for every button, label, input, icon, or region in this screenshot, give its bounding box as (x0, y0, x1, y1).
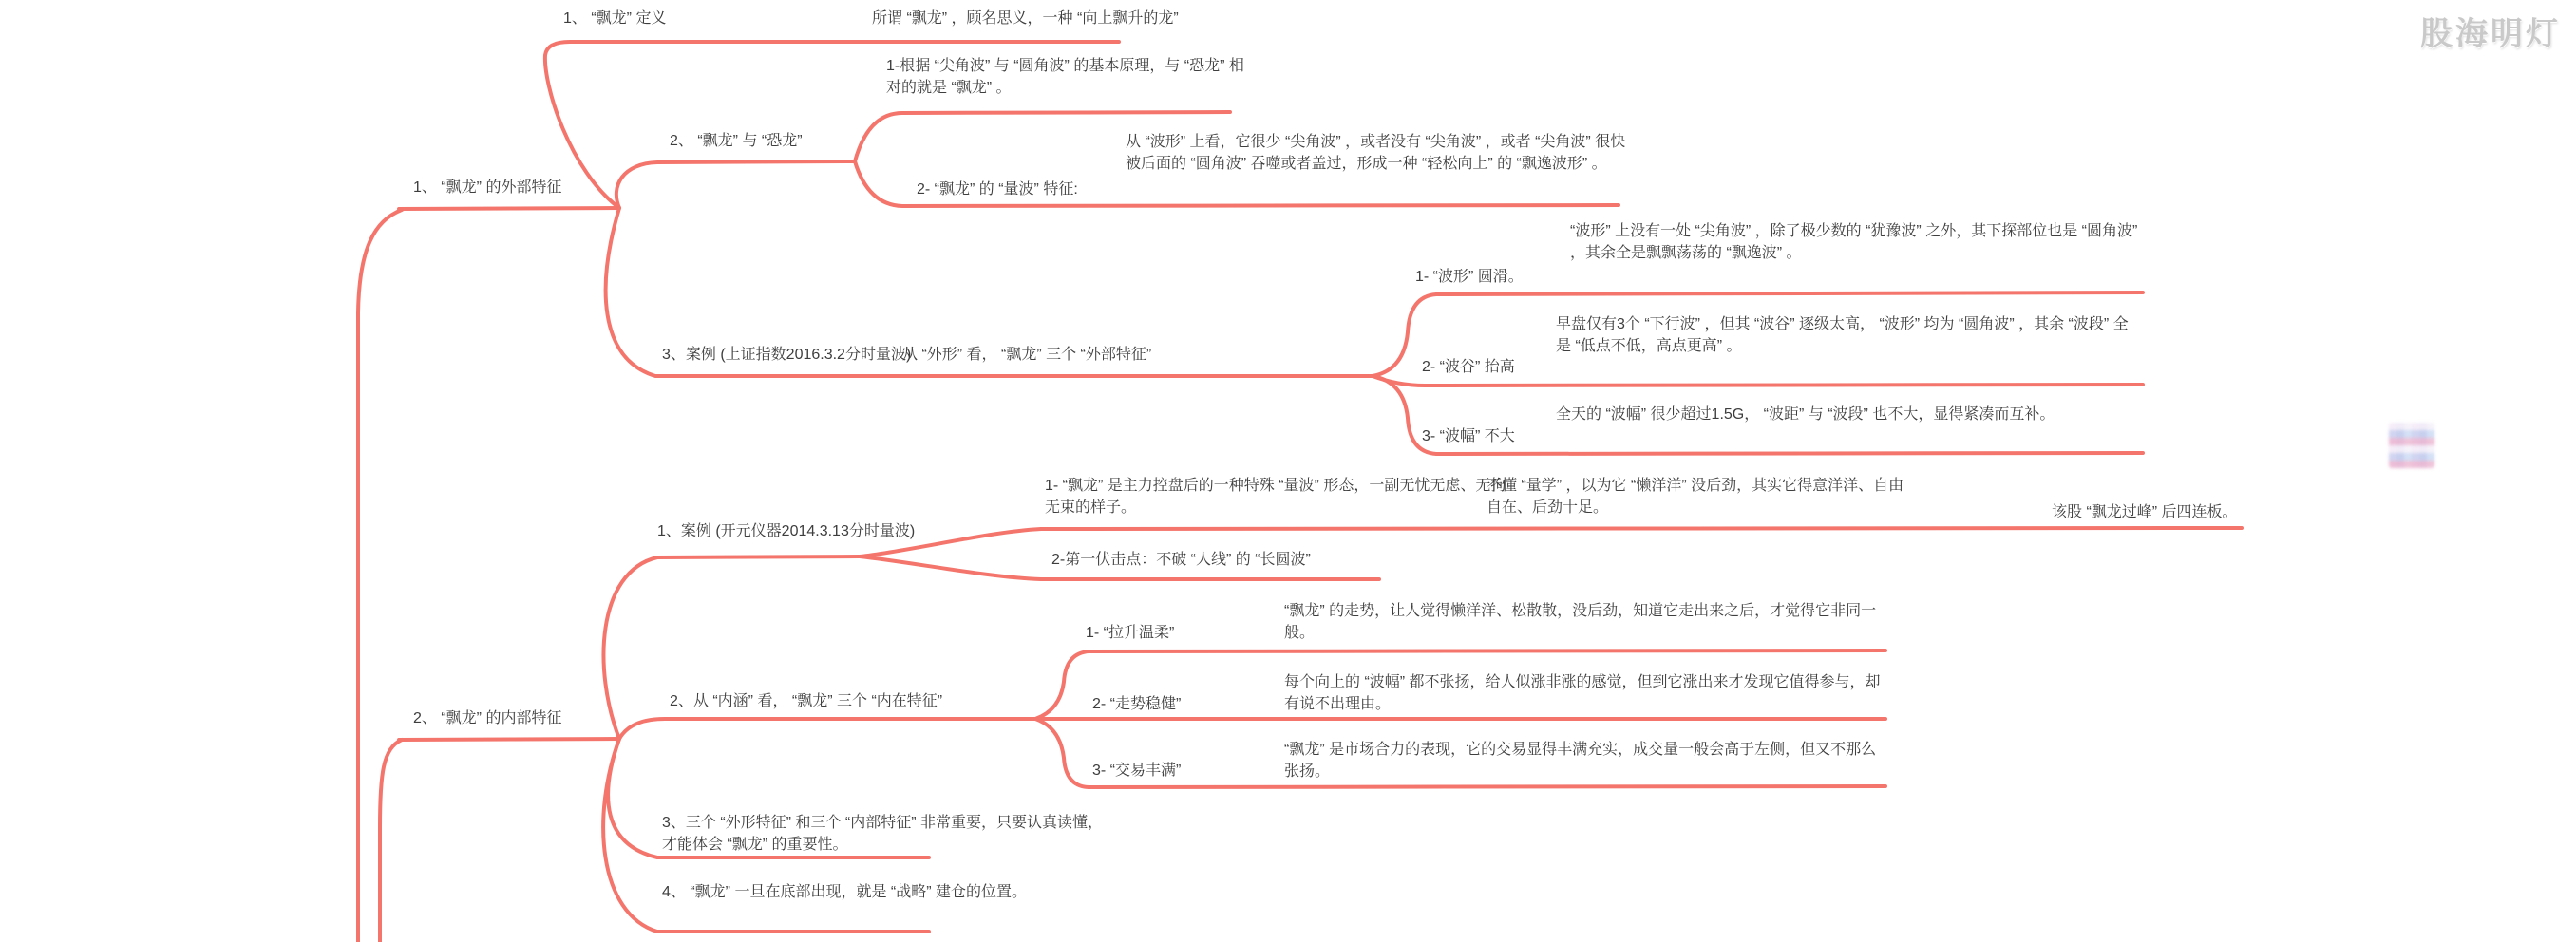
node-trait2-desc[interactable]: 每个向上的 “波幅” 都不张扬，给人似涨非涨的感觉，但到它涨出来才发现它值得参与… (1284, 671, 1883, 715)
node-outer-title[interactable]: 1、 “飘龙” 的外部特征 (413, 177, 561, 198)
node-wave-feature-desc[interactable]: 从 “波形” 上看，它很少 “尖角波” ，或者没有 “尖角波” ，或者 “尖角波… (1126, 131, 1638, 175)
node-definition-desc[interactable]: 所谓 “飘龙” ，顾名思义，一种 “向上飘升的龙” (872, 8, 1179, 29)
node-case2-label[interactable]: 1、案例 (开元仪器2014.3.13分时量波) (657, 520, 915, 542)
node-case2-point1-more[interactable]: 不懂 “量学” ，以为它 “懒洋洋” 没后劲，其实它得意洋洋、自由自在、后劲十足… (1487, 475, 1914, 518)
branch1-underline (399, 208, 619, 209)
node-trait1-label[interactable]: 1- “拉升温柔” (1086, 622, 1174, 644)
node-case2-point2[interactable]: 2-第一伏击点：不破 “人线” 的 “长圆波” (1051, 549, 1311, 571)
node-case1-summary[interactable]: 从 “外形” 看， “飘龙” 三个 “外部特征” (902, 344, 1151, 366)
node-definition-label[interactable]: 1、 “飘龙” 定义 (563, 8, 666, 29)
node-vs-label[interactable]: 2、 “飘龙” 与 “恐龙” (670, 130, 803, 152)
branch1-to-vs (616, 161, 855, 208)
blurred-patch (2389, 423, 2434, 468)
watermark-text: 股海明灯 (2420, 8, 2561, 54)
node-feature1-label[interactable]: 1- “波形” 圆滑。 (1415, 266, 1524, 288)
node-traits-label[interactable]: 2、从 “内涵” 看， “飘龙” 三个 “内在特征” (670, 690, 942, 712)
node-case1-label[interactable]: 3、案例 (上证指数2016.3.2分时量波) (662, 344, 911, 366)
branch2-underline (399, 739, 619, 740)
node-feature3-label[interactable]: 3- “波幅” 不大 (1422, 425, 1515, 447)
node-wave-feature-label[interactable]: 2- “飘龙” 的 “量波” 特征: (917, 179, 1078, 200)
node-feature2-desc[interactable]: 早盘仅有3个 “下行波” ，但其 “波谷” 逐级太高， “波形” 均为 “圆角波… (1556, 313, 2135, 357)
node-feature1-desc[interactable]: “波形” 上没有一处 “尖角波” ，除了极少数的 “犹豫波” 之外，其下探部位也… (1570, 220, 2150, 264)
node-case2-point1-result[interactable]: 该股 “飘龙过峰” 后四连板。 (2052, 501, 2238, 523)
node-case2-point1[interactable]: 1- “飘龙” 是主力控盘后的一种特殊 “量波” 形态，一副无忧无虑、无拘无束的… (1045, 475, 1520, 518)
node-trait3-label[interactable]: 3- “交易丰满” (1092, 760, 1181, 782)
node-trait1-desc[interactable]: “飘龙” 的走势，让人觉得懒洋洋、松散散，没后劲，知道它走出来之后，才觉得它非同… (1284, 600, 1883, 644)
node-feature3-desc[interactable]: 全天的 “波幅” 很少超过1.5G， “波距” 与 “波段” 也不大，显得紧凑而… (1556, 404, 2145, 425)
node-trait3-desc[interactable]: “飘龙” 是市场合力的表现，它的交易显得丰满充实，成交量一般会高于左侧，但又不那… (1284, 739, 1883, 782)
node-note4[interactable]: 4、 “飘龙” 一旦在底部出现，就是 “战略” 建仓的位置。 (662, 881, 1108, 903)
node-vs-principle[interactable]: 1-根据 “尖角波” 与 “圆角波” 的基本原理，与 “恐龙” 相对的就是 “飘… (886, 55, 1247, 99)
node-trait2-label[interactable]: 2- “走势稳健” (1092, 693, 1181, 715)
trunk-to-branch2 (380, 740, 402, 942)
node-inner-title[interactable]: 2、 “飘龙” 的内部特征 (413, 707, 561, 729)
branch2-to-traits (619, 719, 1035, 739)
node-feature2-label[interactable]: 2- “波谷” 抬高 (1422, 356, 1515, 378)
mindmap-canvas: 1、 “飘龙” 的外部特征 1、 “飘龙” 定义 所谓 “飘龙” ，顾名思义，一… (0, 0, 2576, 942)
node-note3[interactable]: 3、三个 “外形特征” 和三个 “内部特征” 非常重要，只要认真读懂，才能体会 … (662, 812, 1108, 856)
